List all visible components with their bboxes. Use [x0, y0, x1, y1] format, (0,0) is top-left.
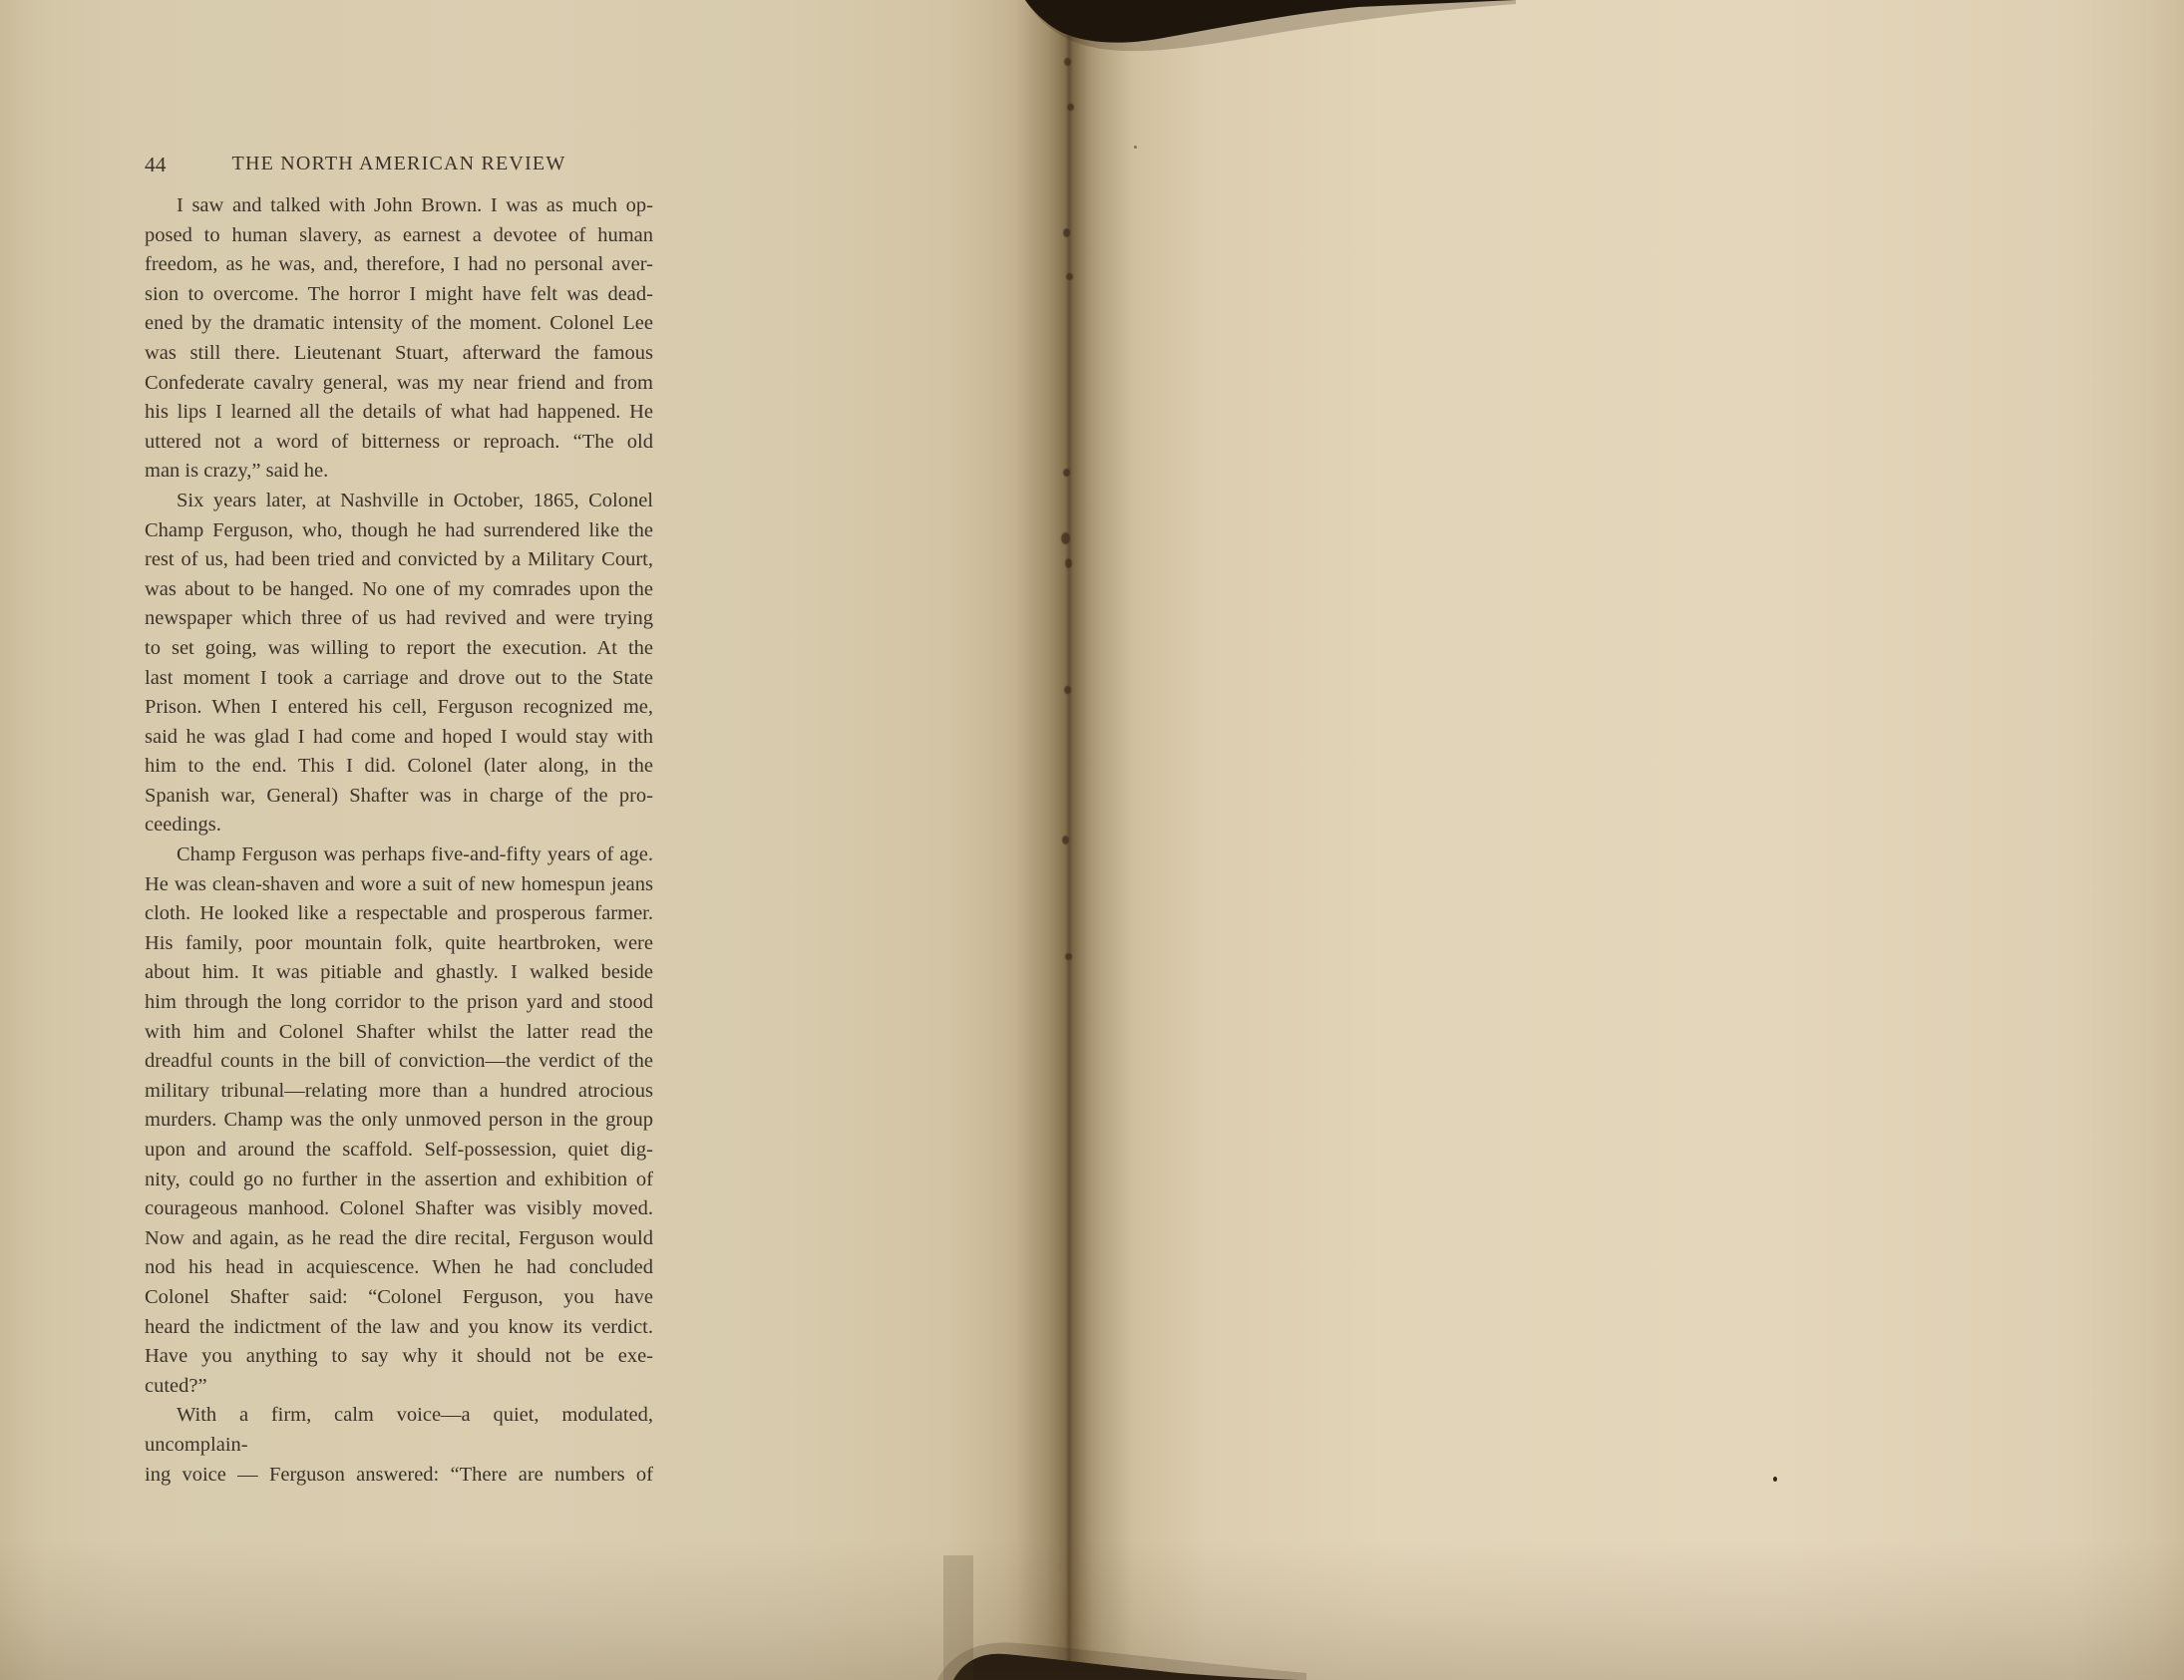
text-line: Champ Ferguson was perhaps five-and-fift…: [145, 840, 653, 870]
text-line: with him and Colonel Shafter whilst the …: [145, 1018, 653, 1048]
text-line: dreadful counts in the bill of convictio…: [145, 1047, 653, 1077]
text-line: Confederate cavalry general, was my near…: [145, 369, 653, 399]
text-line: to set going, was willing to report the …: [145, 634, 653, 664]
text-line: man is crazy,” said he.: [145, 457, 653, 487]
text-line: nod his head in acquiescence. When he ha…: [145, 1253, 653, 1283]
text-line: sion to overcome. The horror I might hav…: [145, 280, 653, 310]
text-line: He was clean-shaven and wore a suit of n…: [145, 870, 653, 900]
text-line: Colonel Shafter said: “Colonel Ferguson,…: [145, 1283, 653, 1313]
text-line: Champ Ferguson, who, though he had surre…: [145, 516, 653, 546]
left-running-head: 44 THE NORTH AMERICAN REVIEW: [145, 153, 653, 184]
text-line: was about to be hanged. No one of my com…: [145, 575, 653, 605]
text-line: about him. It was pitiable and ghastly. …: [145, 958, 653, 988]
text-line: heard the indictment of the law and you …: [145, 1313, 653, 1343]
text-line: His family, poor mountain folk, quite he…: [145, 929, 653, 959]
text-line: Now and again, as he read the dire recit…: [145, 1224, 653, 1254]
text-line: said he was glad I had come and hoped I …: [145, 723, 653, 753]
text-line: murders. Champ was the only unmoved pers…: [145, 1106, 653, 1136]
text-line: With a firm, calm voice—a quiet, modulat…: [145, 1401, 653, 1460]
text-line: posed to human slavery, as earnest a dev…: [145, 221, 653, 251]
text-line: him to the end. This I did. Colonel (lat…: [145, 752, 653, 782]
text-line: courageous manhood. Colonel Shafter was …: [145, 1194, 653, 1224]
text-line: ened by the dramatic intensity of the mo…: [145, 309, 653, 339]
text-line: Spanish war, General) Shafter was in cha…: [145, 782, 653, 812]
text-line: ing voice — Ferguson answered: “There ar…: [145, 1461, 653, 1491]
text-line: uttered not a word of bitterness or repr…: [145, 428, 653, 458]
left-running-title: THE NORTH AMERICAN REVIEW: [145, 153, 653, 175]
text-line: freedom, as he was, and, therefore, I ha…: [145, 250, 653, 280]
text-line: Prison. When I entered his cell, Ferguso…: [145, 693, 653, 723]
text-line: Have you anything to say why it should n…: [145, 1342, 653, 1372]
text-line: ceedings.: [145, 811, 653, 840]
left-page-body: I saw and talked with John Brown. I was …: [145, 191, 653, 1490]
text-line: was still there. Lieutenant Stuart, afte…: [145, 339, 653, 369]
text-line: rest of us, had been tried and convicted…: [145, 545, 653, 575]
text-line: newspaper which three of us had revived …: [145, 604, 653, 634]
text-line: military tribunal—relating more than a h…: [145, 1077, 653, 1107]
text-line: last moment I took a carriage and drove …: [145, 664, 653, 694]
text-line: Six years later, at Nashville in October…: [145, 487, 653, 516]
text-line: him through the long corridor to the pri…: [145, 988, 653, 1018]
text-line: cuted?”: [145, 1372, 653, 1402]
text-line: his lips I learned all the details of wh…: [145, 398, 653, 428]
left-page-number: 44: [145, 153, 167, 177]
book-scan-photo: { "colors": { "page_left": "#d8cbad", "p…: [0, 0, 2184, 1680]
text-line: I saw and talked with John Brown. I was …: [145, 191, 653, 221]
text-line: nity, could go no further in the asserti…: [145, 1166, 653, 1195]
right-page: AN ABORTIVE HERO 45 things in the paper …: [1072, 0, 2184, 1680]
text-line: cloth. He looked like a respectable and …: [145, 899, 653, 929]
text-line: upon and around the scaffold. Self-posse…: [145, 1136, 653, 1166]
left-page: 44 THE NORTH AMERICAN REVIEW I saw and t…: [0, 0, 1072, 1680]
